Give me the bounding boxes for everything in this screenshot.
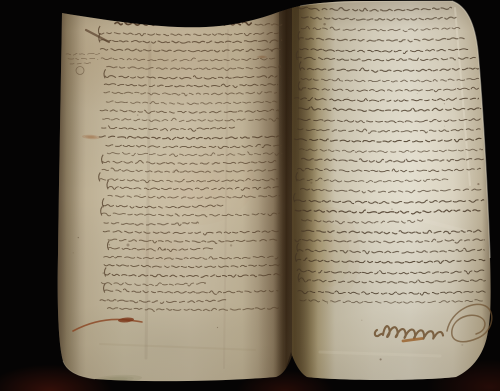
speckle xyxy=(78,237,79,238)
stain xyxy=(260,56,264,57)
speckle xyxy=(361,320,362,321)
manuscript-photo xyxy=(0,0,500,391)
right-edge-shade xyxy=(482,0,497,391)
speckle xyxy=(477,183,479,185)
speckle xyxy=(461,344,463,346)
speckle xyxy=(347,97,348,98)
speckle xyxy=(217,327,218,328)
speckle xyxy=(173,170,174,171)
speckle xyxy=(322,98,323,99)
speckle xyxy=(327,303,328,304)
speckle xyxy=(323,23,325,25)
speckle xyxy=(444,126,445,127)
speckle xyxy=(444,103,445,104)
speckle xyxy=(310,182,312,184)
speckle xyxy=(102,272,104,274)
speckle xyxy=(164,248,167,251)
speckle xyxy=(109,244,111,246)
speckle xyxy=(376,160,377,161)
speckle xyxy=(391,208,392,209)
speckle xyxy=(73,252,74,253)
manuscript-scene xyxy=(0,0,500,391)
speckle xyxy=(417,93,418,94)
speckle xyxy=(127,244,130,247)
speckle xyxy=(137,114,139,116)
speckle xyxy=(380,358,382,360)
speckle xyxy=(271,50,273,52)
speckle xyxy=(230,244,232,246)
speckle xyxy=(139,194,140,195)
